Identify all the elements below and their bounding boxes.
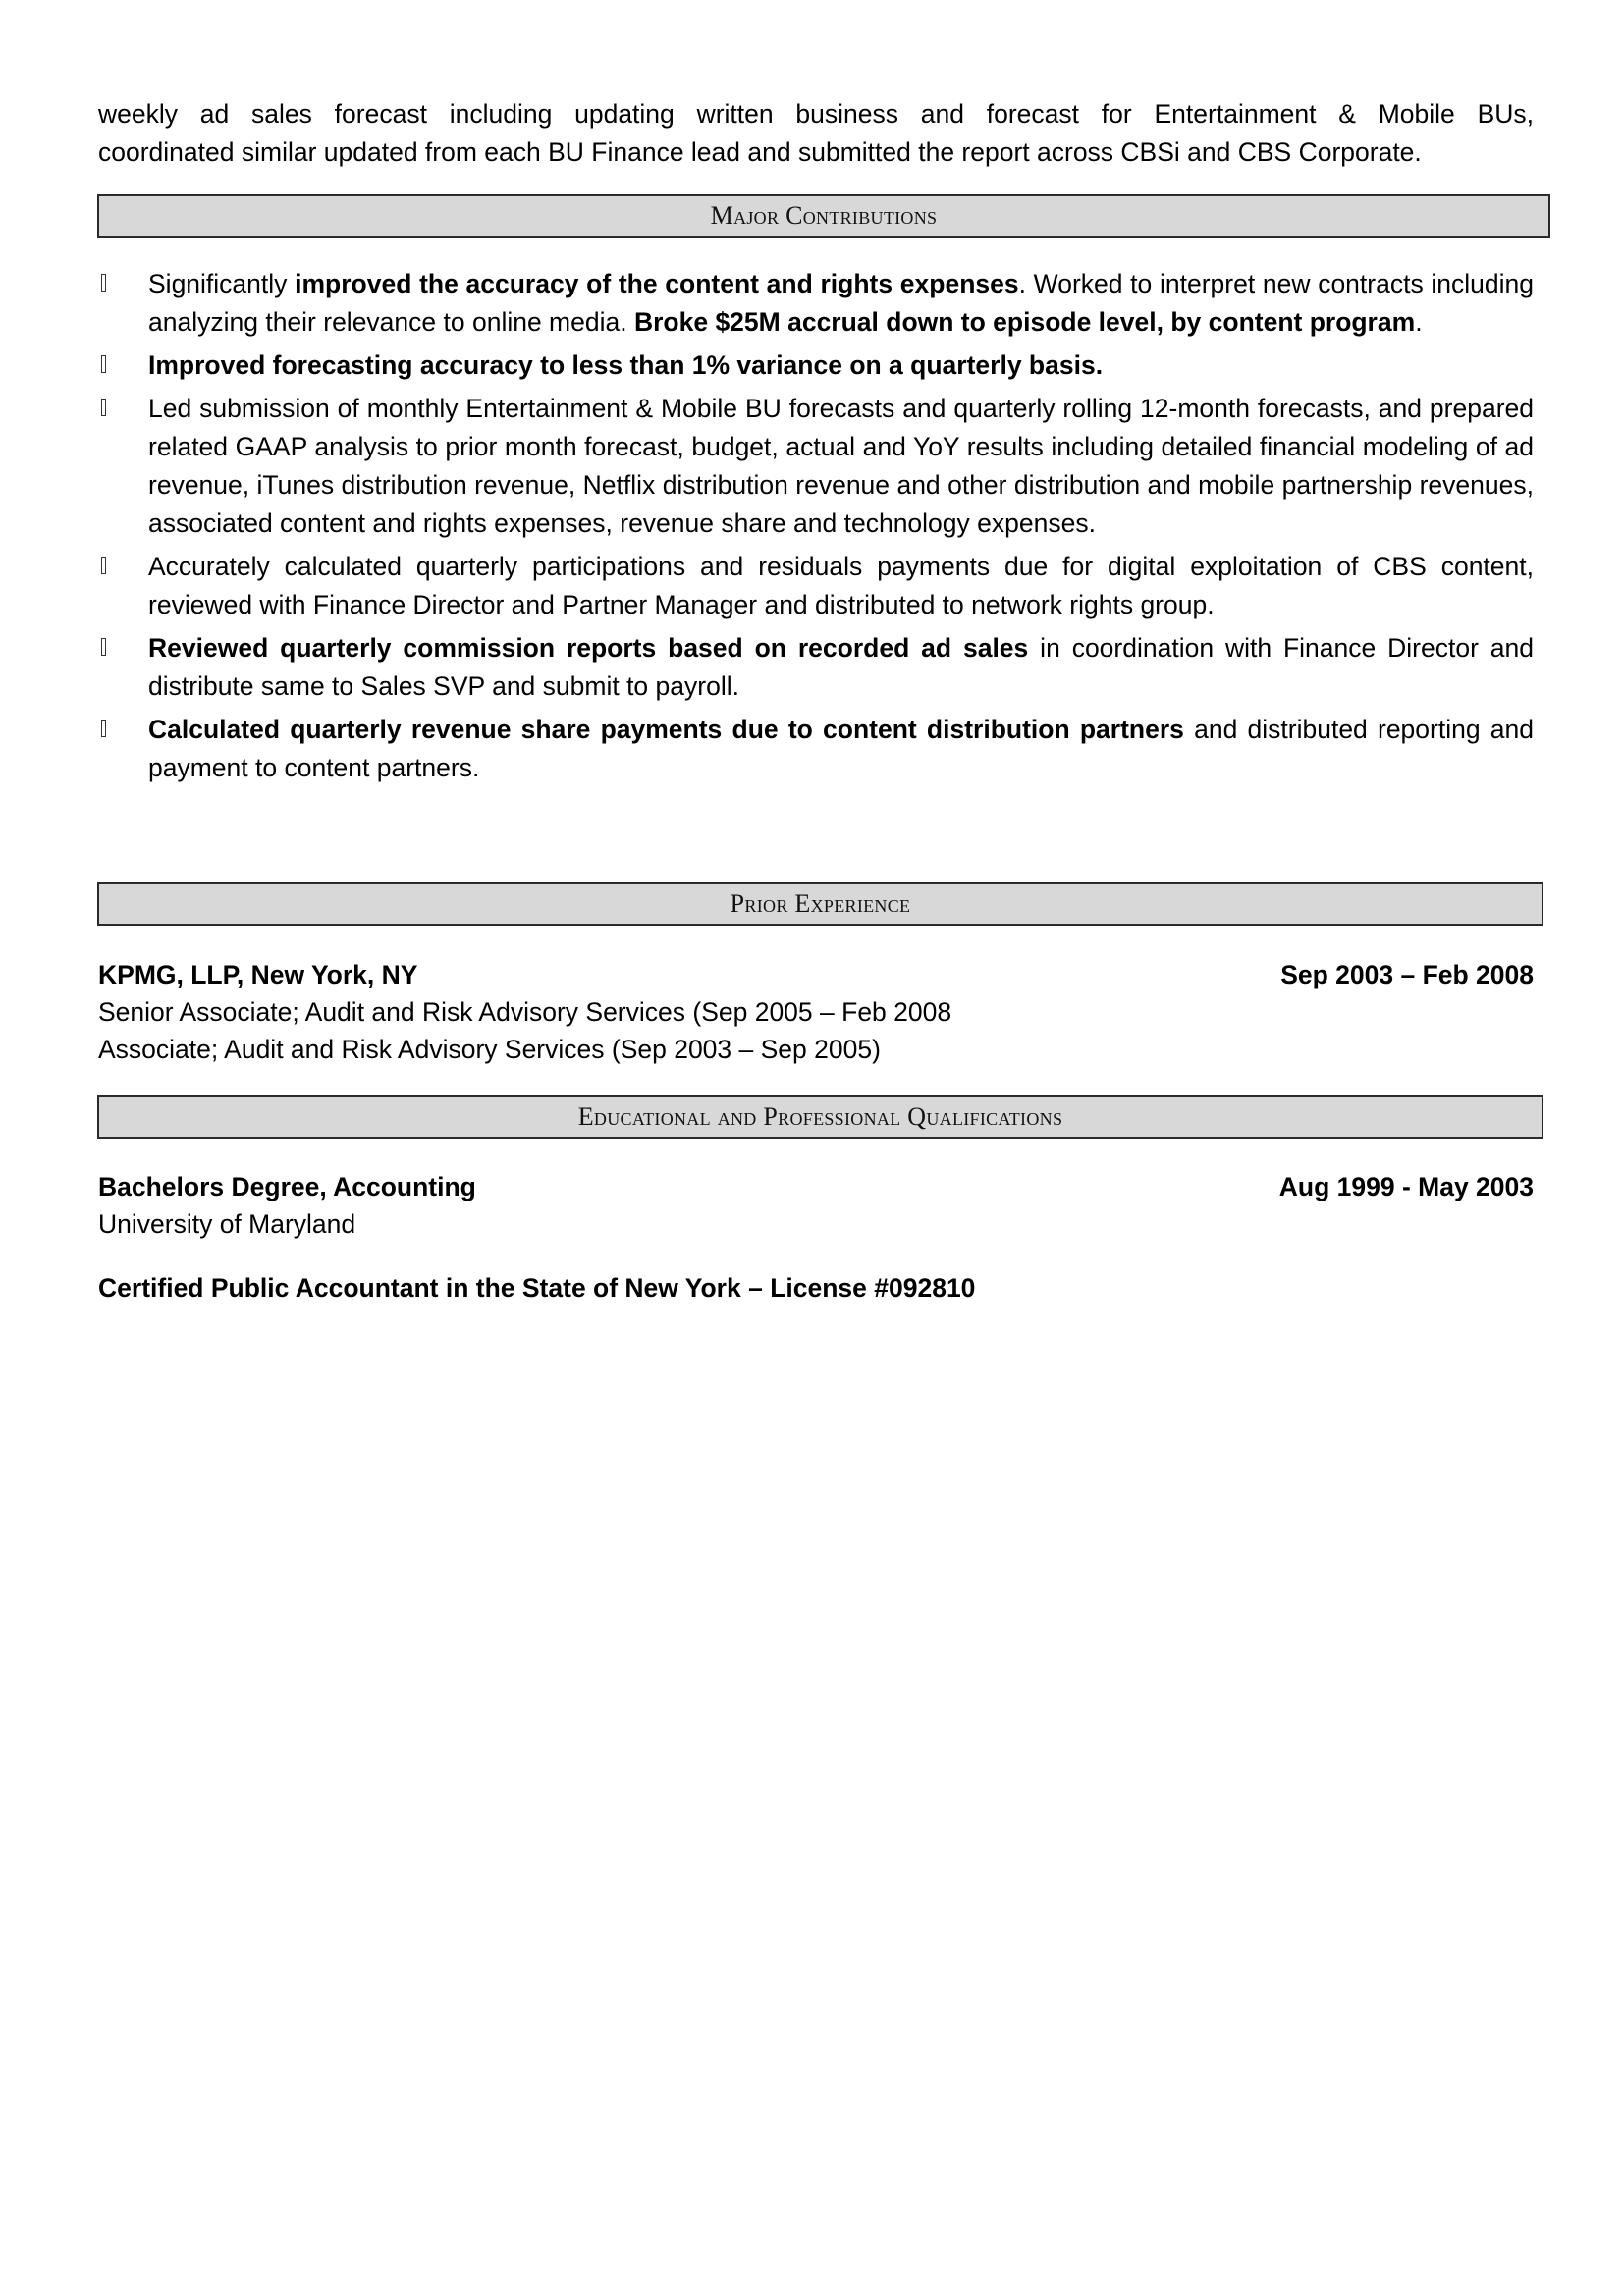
section-title: Major Contributions: [711, 201, 938, 231]
degree-name: Bachelors Degree, Accounting: [98, 1168, 476, 1205]
body-text: Significantly: [148, 269, 295, 298]
certification-row: Certified Public Accountant in the State…: [98, 1269, 1534, 1307]
intro-paragraph: weekly ad sales forecast including updat…: [98, 95, 1534, 172]
highlight-text: Broke $25M accrual down to episode level…: [634, 307, 1415, 337]
resume-page: weekly ad sales forecast including updat…: [0, 0, 1624, 2296]
certification: Certified Public Accountant in the State…: [98, 1273, 975, 1303]
intro-line-2: coordinated similar updated from each BU…: [98, 137, 1422, 167]
intro-line-1: weekly ad sales forecast including updat…: [98, 95, 1534, 133]
highlight-text: Improved forecasting accuracy to less th…: [148, 350, 1103, 380]
bullet-icon: [101, 557, 106, 574]
school-name: University of Maryland: [98, 1209, 355, 1239]
degree-row: Bachelors Degree, Accounting Aug 1999 - …: [98, 1168, 1534, 1205]
body-text: Accurately calculated quarterly particip…: [148, 552, 1534, 619]
contribution-item: Led submission of monthly Entertainment …: [98, 390, 1534, 543]
role-associate: Associate; Audit and Risk Advisory Servi…: [98, 1035, 881, 1064]
bullet-icon: [101, 399, 106, 416]
employment-dates: Sep 2003 – Feb 2008: [1280, 956, 1534, 993]
contribution-item: Significantly improved the accuracy of t…: [98, 265, 1534, 342]
highlight-text: improved the accuracy of the content and…: [295, 269, 1019, 298]
highlight-text: Calculated quarterly revenue share payme…: [148, 715, 1184, 744]
section-title: Prior Experience: [731, 889, 911, 919]
contribution-item: Accurately calculated quarterly particip…: [98, 548, 1534, 624]
section-header-prior-experience: Prior Experience: [97, 882, 1543, 926]
contributions-list: Significantly improved the accuracy of t…: [98, 265, 1534, 792]
employer-name: KPMG, LLP, New York, NY: [98, 956, 417, 993]
bullet-icon: [101, 638, 106, 656]
bullet-icon: [101, 720, 106, 737]
section-title: Educational and Professional Qualificati…: [578, 1102, 1063, 1132]
contribution-item: Calculated quarterly revenue share payme…: [98, 711, 1534, 787]
role-line: Senior Associate; Audit and Risk Advisor…: [98, 993, 1534, 1031]
contribution-item: Reviewed quarterly commission reports ba…: [98, 629, 1534, 706]
section-header-major-contributions: Major Contributions: [97, 194, 1550, 238]
body-text: Led submission of monthly Entertainment …: [148, 394, 1534, 538]
employer-row: KPMG, LLP, New York, NY Sep 2003 – Feb 2…: [98, 956, 1534, 993]
school-row: University of Maryland: [98, 1205, 1534, 1243]
contribution-item: Improved forecasting accuracy to less th…: [98, 347, 1534, 385]
highlight-text: Reviewed quarterly commission reports ba…: [148, 633, 1028, 663]
bullet-icon: [101, 274, 106, 292]
role-line: Associate; Audit and Risk Advisory Servi…: [98, 1031, 1534, 1068]
bullet-icon: [101, 355, 106, 373]
degree-dates: Aug 1999 - May 2003: [1279, 1168, 1534, 1205]
body-text: .: [1415, 307, 1422, 337]
section-header-education: Educational and Professional Qualificati…: [97, 1095, 1543, 1139]
role-senior-associate: Senior Associate; Audit and Risk Advisor…: [98, 997, 951, 1027]
